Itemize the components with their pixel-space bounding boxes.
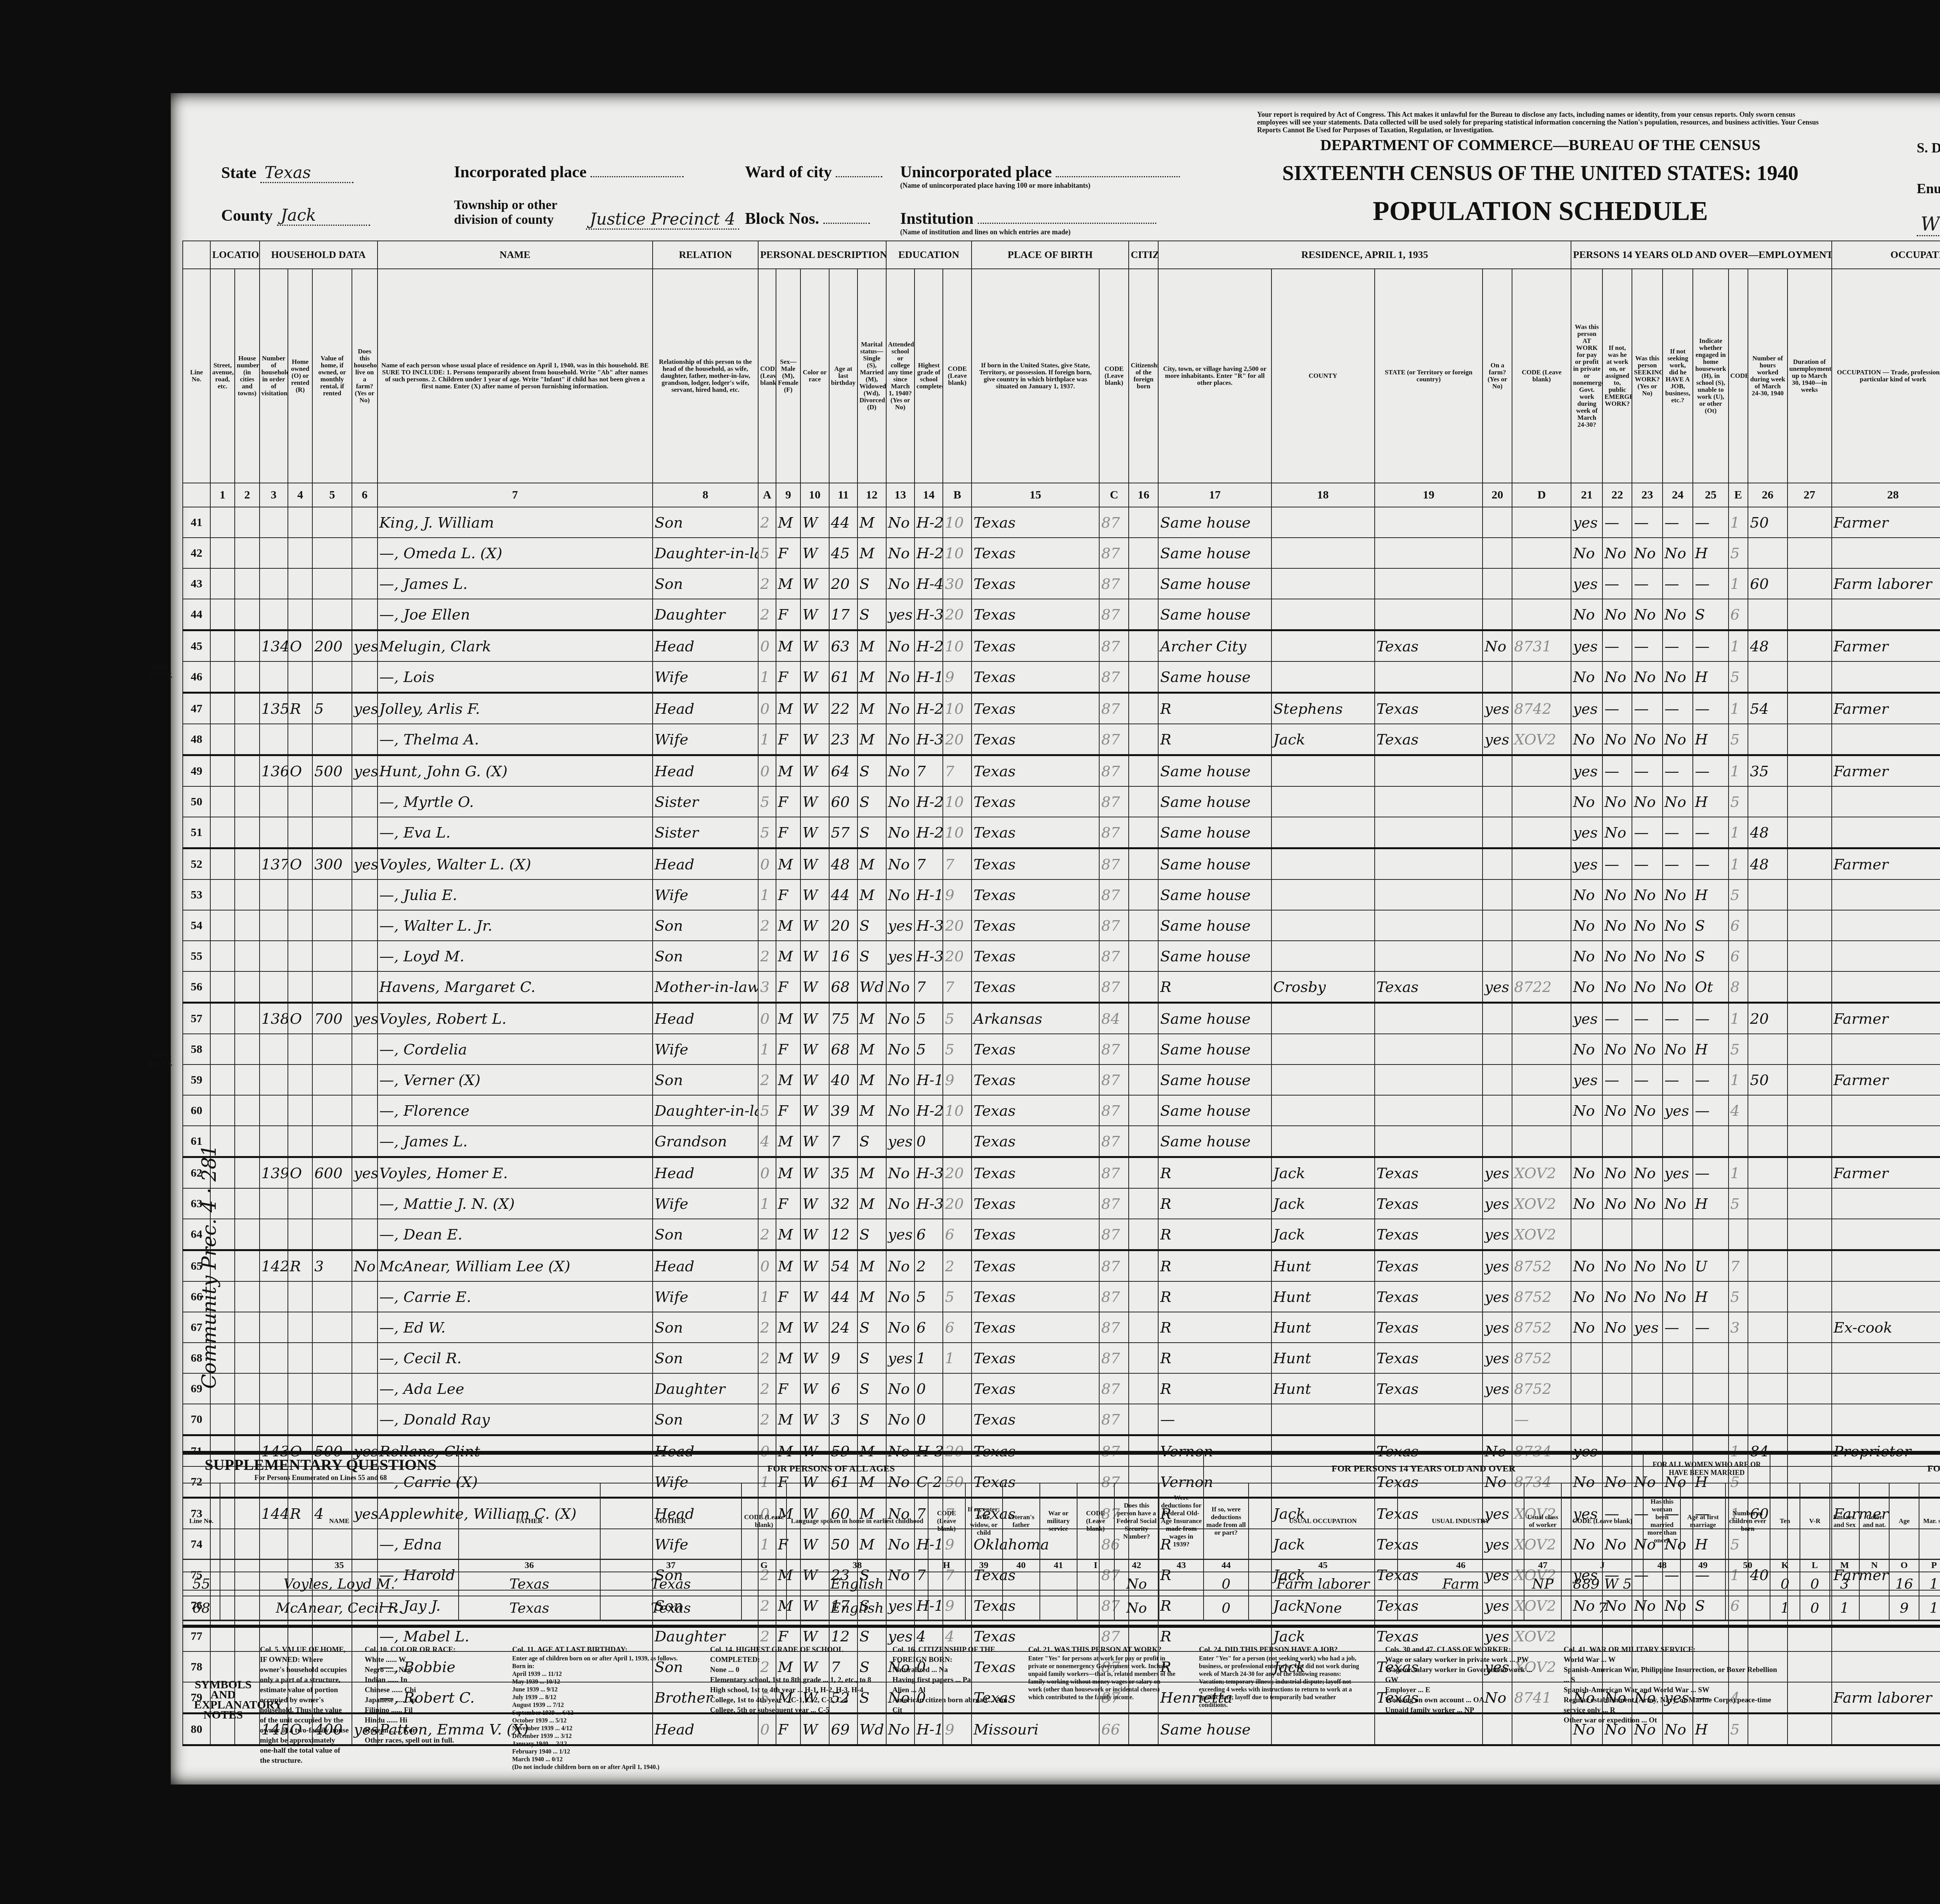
supp-column-header: CODE (Leave blank) <box>1561 1483 1643 1559</box>
cell-c23: — <box>1632 755 1663 787</box>
cell-mar: S <box>857 568 886 599</box>
group-relation: RELATION <box>653 241 758 269</box>
cell-sch: yes <box>886 1343 915 1373</box>
cell-mar: S <box>857 1343 886 1373</box>
column-header: CODE <box>1729 269 1748 483</box>
supp-cell <box>1725 1596 1770 1620</box>
cell-e: 1 <box>1729 755 1748 787</box>
cell-mar: S <box>857 1126 886 1157</box>
cell-res-farm <box>1483 1034 1512 1065</box>
supp-cell <box>965 1596 1003 1620</box>
cell-res-city: R <box>1158 1250 1271 1282</box>
cell-c23: No <box>1632 724 1663 755</box>
note-col5: Col. 5. VALUE OF HOME, IF OWNED: Where o… <box>260 1645 349 1766</box>
cell-sex: M <box>776 693 800 724</box>
cell-hh <box>260 724 288 755</box>
cell-c24 <box>1663 1343 1693 1373</box>
cell-birth: Texas <box>972 1373 1099 1404</box>
cell-c22: — <box>1602 755 1632 787</box>
cell-c: 87 <box>1099 941 1129 971</box>
cell-c22: No <box>1602 817 1632 848</box>
cell-cit <box>1129 1034 1158 1065</box>
cell-res-state: Texas <box>1375 1250 1483 1282</box>
supp-cell <box>1398 1596 1524 1620</box>
cell-c21: No <box>1571 661 1602 693</box>
cell-a: 5 <box>758 786 776 817</box>
cell-res-city: — <box>1158 1404 1271 1435</box>
cell-e: 1 <box>1729 693 1748 724</box>
cell-sex: M <box>776 1126 800 1157</box>
cell-age: 57 <box>829 817 857 848</box>
cell-res-city: R <box>1158 693 1271 724</box>
cell-c25: S <box>1693 910 1728 941</box>
cell-c24: No <box>1663 941 1693 971</box>
cell-res-county: Crosby <box>1271 971 1375 1003</box>
cell-c23: No <box>1632 1034 1663 1065</box>
cell-b: 2 <box>943 1250 971 1282</box>
supplementary-column-numbers: 353637G38H394041I424344454647J484950KLMN… <box>183 1559 1940 1572</box>
cell-e: 5 <box>1729 538 1748 568</box>
cell-a: 2 <box>758 910 776 941</box>
cell-grade: H-3 <box>915 1157 943 1189</box>
cell-sch: No <box>886 1250 915 1282</box>
cell-a: 1 <box>758 879 776 910</box>
cell-occ <box>1832 1250 1940 1282</box>
cell-c23: — <box>1632 817 1663 848</box>
cell-d <box>1512 910 1571 941</box>
cell-c: 87 <box>1099 1312 1129 1343</box>
column-number: 28 <box>1832 483 1940 507</box>
cell-cit <box>1129 910 1158 941</box>
cell-occ <box>1832 1126 1940 1157</box>
table-row: 47135R5yesJolley, Arlis F.Head0MW22MNoH-… <box>183 693 1940 724</box>
supp-cell: No <box>1114 1572 1159 1596</box>
cell-res-county: Hunt <box>1271 1373 1375 1404</box>
cell-c26 <box>1748 1250 1787 1282</box>
group-citizenship: CITIZENSHIP <box>1129 241 1158 269</box>
cell-rel: Son <box>653 1343 758 1373</box>
cell-res-farm <box>1483 507 1512 538</box>
cell-farm <box>352 661 378 693</box>
cell-age: 12 <box>829 1219 857 1250</box>
column-number: 13 <box>886 483 915 507</box>
cell-race: W <box>800 1404 829 1435</box>
cell-street <box>210 1095 235 1126</box>
cell-sex: F <box>776 1034 800 1065</box>
cell-c24: No <box>1663 971 1693 1003</box>
cell-val <box>312 1188 352 1219</box>
cell-sch: No <box>886 1281 915 1312</box>
cell-grade: 5 <box>915 1281 943 1312</box>
cell-c24: — <box>1663 755 1693 787</box>
cell-street <box>210 786 235 817</box>
cell-age: 44 <box>829 879 857 910</box>
cell-street <box>210 661 235 693</box>
note-item: Having first papers ... Pa <box>892 1675 1009 1685</box>
cell-val: 700 <box>312 1003 352 1034</box>
cell-sch: yes <box>886 941 915 971</box>
cell-own <box>288 786 312 817</box>
column-header: If born in the United States, give State… <box>972 269 1099 483</box>
cell-hh <box>260 817 288 848</box>
cell-c21: yes <box>1571 507 1602 538</box>
cell-c: 87 <box>1099 1219 1129 1250</box>
suppl-quest-label-68: SUPPL. QUEST. <box>147 1051 171 1068</box>
note-item: July 1939 ... 8/12 <box>512 1694 691 1701</box>
cell-sex: M <box>776 1065 800 1095</box>
cell-b: 10 <box>943 1095 971 1126</box>
cell-name: Voyles, Robert L. <box>378 1003 653 1034</box>
cell-street <box>210 879 235 910</box>
line-number: 55 <box>183 941 210 971</box>
cell-c24: No <box>1663 661 1693 693</box>
cell-c22 <box>1602 1404 1632 1435</box>
cell-cit <box>1129 971 1158 1003</box>
cell-c24: No <box>1663 1034 1693 1065</box>
cell-c: 87 <box>1099 507 1129 538</box>
cell-mar: S <box>857 1312 886 1343</box>
cell-house <box>235 879 259 910</box>
cell-c21: yes <box>1571 1065 1602 1095</box>
cell-occ: Ex-cook <box>1832 1312 1940 1343</box>
supp-column-header: V-R <box>1800 1483 1830 1559</box>
cell-c: 87 <box>1099 848 1129 880</box>
cell-occ <box>1832 1343 1940 1373</box>
cell-birth: Texas <box>972 538 1099 568</box>
cell-c22 <box>1602 1126 1632 1157</box>
cell-street <box>210 848 235 880</box>
cell-mar: M <box>857 507 886 538</box>
table-row: 58—, CordeliaWife1FW68MNo55Texas87Same h… <box>183 1034 1940 1065</box>
note-item: Working on own account ... OA <box>1385 1695 1540 1705</box>
cell-sch: yes <box>886 599 915 630</box>
cell-d: 8722 <box>1512 971 1571 1003</box>
cell-c21: yes <box>1571 1003 1602 1034</box>
cell-race: W <box>800 1157 829 1189</box>
cell-d: XOV2 <box>1512 1188 1571 1219</box>
cell-farm <box>352 1312 378 1343</box>
cell-res-farm <box>1483 910 1512 941</box>
supp-cell: Texas <box>600 1596 742 1620</box>
cell-e: 5 <box>1729 724 1748 755</box>
column-number: 16 <box>1129 483 1158 507</box>
line-number: 43 <box>183 568 210 599</box>
cell-c26 <box>1748 1281 1787 1312</box>
table-row: 41King, J. WilliamSon2MW44MNoH-210Texas8… <box>183 507 1940 538</box>
cell-name: McAnear, William Lee (X) <box>378 1250 653 1282</box>
cell-cit <box>1129 879 1158 910</box>
cell-c: 87 <box>1099 630 1129 662</box>
title-block: DEPARTMENT OF COMMERCE—BUREAU OF THE CEN… <box>1249 136 1831 227</box>
cell-rel: Head <box>653 630 758 662</box>
cell-res-farm <box>1483 1126 1512 1157</box>
cell-c27 <box>1788 879 1832 910</box>
cell-own <box>288 538 312 568</box>
cell-grade: H-4 <box>915 568 943 599</box>
census-sheet: 16-353 A Your report is required by Act … <box>171 93 1940 1785</box>
note-item: Japanese ...... Jp <box>365 1695 489 1705</box>
cell-c: 87 <box>1099 755 1129 787</box>
note-col30: Cols. 30 and 47. CLASS OF WORKER: Wage o… <box>1385 1645 1540 1715</box>
cell-occ <box>1832 1034 1940 1065</box>
cell-age: 3 <box>829 1404 857 1435</box>
table-row: 44—, Joe EllenDaughter2FW17SyesH-320Texa… <box>183 599 1940 630</box>
table-row: 46—, LoisWife1FW61MNoH-19Texas87Same hou… <box>183 661 1940 693</box>
cell-grade: 7 <box>915 971 943 1003</box>
cell-mar: Wd <box>857 971 886 1003</box>
cell-own <box>288 1404 312 1435</box>
supp-column-number: P <box>1919 1559 1940 1572</box>
cell-farm <box>352 568 378 599</box>
column-header: CODE (Leave blank) <box>943 269 971 483</box>
cell-a: 0 <box>758 1250 776 1282</box>
supp-column-header: Does this person have a Federal Social S… <box>1114 1483 1159 1559</box>
cell-res-city: Same house <box>1158 1034 1271 1065</box>
cell-occ: Farmer <box>1832 755 1940 787</box>
cell-sex: F <box>776 538 800 568</box>
cell-b: 6 <box>943 1312 971 1343</box>
cell-sch: No <box>886 971 915 1003</box>
supp-cell: 1 <box>1919 1596 1940 1620</box>
cell-c27 <box>1788 568 1832 599</box>
cell-c26 <box>1748 1219 1787 1250</box>
cell-birth: Texas <box>972 1250 1099 1282</box>
supp-cell: 0 <box>1204 1596 1248 1620</box>
cell-c: 87 <box>1099 1250 1129 1282</box>
supp-column-header: CODE (Leave blank) <box>1077 1483 1114 1559</box>
incorporated-place-field: Incorporated place <box>454 163 684 182</box>
cell-street <box>210 599 235 630</box>
cell-res-county: Jack <box>1271 1157 1375 1189</box>
cell-house <box>235 1065 259 1095</box>
cell-res-state: Texas <box>1375 724 1483 755</box>
cell-own <box>288 910 312 941</box>
cell-c21: No <box>1571 599 1602 630</box>
cell-birth: Texas <box>972 599 1099 630</box>
cell-house <box>235 1219 259 1250</box>
note-item: Elementary school, 1st to 8th grade ... … <box>710 1675 873 1685</box>
line-number: 59 <box>183 1065 210 1095</box>
cell-c25: — <box>1693 755 1728 787</box>
supp-column-number: 39 <box>965 1559 1003 1572</box>
supp-column-number: 38 <box>786 1559 928 1572</box>
cell-rel: Son <box>653 941 758 971</box>
cell-c24: No <box>1663 599 1693 630</box>
cell-own <box>288 507 312 538</box>
table-row: 49136O500yesHunt, John G. (X)Head0MW64SN… <box>183 755 1940 787</box>
note-item: Regular establishment (Army, Navy, or Ma… <box>1564 1695 1781 1715</box>
cell-grade: H-2 <box>915 786 943 817</box>
note-item: Korean ...... Kor <box>365 1726 489 1736</box>
cell-c22 <box>1602 1219 1632 1250</box>
cell-rel: Wife <box>653 661 758 693</box>
column-header: COUNTY <box>1271 269 1375 483</box>
cell-res-city: Same house <box>1158 507 1271 538</box>
supp-column-header: CODE (Leave blank) <box>741 1483 786 1559</box>
column-header: Sex—Male (M), Female (F) <box>776 269 800 483</box>
table-row: 66—, Carrie E.Wife1FW44MNo55Texas87RHunt… <box>183 1281 1940 1312</box>
unincorporated-field: Unincorporated place (Name of unincorpor… <box>900 163 1180 190</box>
column-header: Age at last birthday <box>829 269 857 483</box>
cell-c22: — <box>1602 630 1632 662</box>
cell-c27 <box>1788 910 1832 941</box>
cell-b: 7 <box>943 848 971 880</box>
cell-c: 87 <box>1099 724 1129 755</box>
cell-age: 44 <box>829 507 857 538</box>
cell-sex: F <box>776 879 800 910</box>
supp-column-header: Number of children ever born <box>1725 1483 1770 1559</box>
cell-b: 5 <box>943 1281 971 1312</box>
cell-occ <box>1832 941 1940 971</box>
cell-sch: No <box>886 1312 915 1343</box>
cell-mar: S <box>857 817 886 848</box>
supp-cell <box>741 1596 786 1620</box>
cell-c26: 60 <box>1748 568 1787 599</box>
note-item: Wage or salary worker in private work ..… <box>1385 1655 1540 1665</box>
supp-column-number: K <box>1770 1559 1800 1572</box>
cell-grade: H-3 <box>915 724 943 755</box>
cell-rel: Mother-in-law <box>653 971 758 1003</box>
column-number: 5 <box>312 483 352 507</box>
column-header: CODE (Leave blank) <box>1099 269 1129 483</box>
margin-annotation: Community Prec. 4 · 281 <box>198 1144 220 1389</box>
cell-res-city: R <box>1158 1157 1271 1189</box>
cell-sex: M <box>776 910 800 941</box>
supp-cell <box>1680 1596 1725 1620</box>
cell-hh <box>260 1373 288 1404</box>
column-header: Was this person AT WORK for pay or profi… <box>1571 269 1602 483</box>
cell-c25: H <box>1693 879 1728 910</box>
column-header: Does this household live on a farm? (Yes… <box>352 269 378 483</box>
cell-res-county <box>1271 507 1375 538</box>
cell-c22: No <box>1602 661 1632 693</box>
cell-street <box>210 724 235 755</box>
cell-res-state <box>1375 879 1483 910</box>
cell-c27 <box>1788 848 1832 880</box>
note-col16: Col. 16. CITIZENSHIP OF THE FOREIGN BORN… <box>892 1645 1009 1715</box>
cell-hh <box>260 786 288 817</box>
supp-column-number: 36 <box>459 1559 600 1572</box>
column-number: E <box>1729 483 1748 507</box>
cell-c23: No <box>1632 1281 1663 1312</box>
supp-column-header: CODE (Leave blank) <box>928 1483 965 1559</box>
cell-c24: No <box>1663 1250 1693 1282</box>
cell-hh <box>260 538 288 568</box>
supp-cell: 1 <box>1919 1572 1940 1596</box>
supp-column-header: Has this woman been married more than on… <box>1643 1483 1680 1559</box>
cell-cit <box>1129 1373 1158 1404</box>
cell-cit <box>1129 630 1158 662</box>
cell-res-state: Texas <box>1375 1373 1483 1404</box>
cell-race: W <box>800 1312 829 1343</box>
cell-res-state <box>1375 599 1483 630</box>
cell-hh <box>260 1065 288 1095</box>
cell-b: 10 <box>943 538 971 568</box>
cell-grade: 6 <box>915 1219 943 1250</box>
cell-res-farm: yes <box>1483 1343 1512 1373</box>
cell-hh <box>260 1219 288 1250</box>
supp-column-number: 45 <box>1249 1559 1398 1572</box>
supp-cell: Farm laborer <box>1249 1572 1398 1596</box>
cell-c21: yes <box>1571 817 1602 848</box>
cell-b: 20 <box>943 941 971 971</box>
table-row: 50—, Myrtle O.Sister5FW60SNoH-210Texas87… <box>183 786 1940 817</box>
cell-hh: 135 <box>260 693 288 724</box>
cell-c25 <box>1693 1343 1728 1373</box>
cell-c22: No <box>1602 971 1632 1003</box>
cell-race: W <box>800 786 829 817</box>
cell-c25: — <box>1693 848 1728 880</box>
cell-street <box>210 1003 235 1034</box>
supp-cell <box>1680 1572 1725 1596</box>
department-title: DEPARTMENT OF COMMERCE—BUREAU OF THE CEN… <box>1249 136 1831 154</box>
cell-c22: — <box>1602 693 1632 724</box>
supplementary-questions: SUPPLEMENTARY QUESTIONS For Persons Enum… <box>182 1451 1940 1628</box>
cell-c22: No <box>1602 1250 1632 1282</box>
supp-line-number: 55 <box>183 1572 220 1596</box>
cell-occ <box>1832 599 1940 630</box>
cell-grade: H-2 <box>915 507 943 538</box>
cell-own <box>288 1188 312 1219</box>
cell-c22: No <box>1602 724 1632 755</box>
cell-birth: Texas <box>972 1312 1099 1343</box>
cell-age: 40 <box>829 1065 857 1095</box>
cell-res-city: Same house <box>1158 817 1271 848</box>
cell-own <box>288 1034 312 1065</box>
cell-d: — <box>1512 1404 1571 1435</box>
cell-race: W <box>800 1126 829 1157</box>
cell-name: —, Carrie E. <box>378 1281 653 1312</box>
column-number: 17 <box>1158 483 1271 507</box>
column-header: Attended school or college any time sinc… <box>886 269 915 483</box>
cell-mar: M <box>857 1188 886 1219</box>
cell-c21: No <box>1571 1034 1602 1065</box>
cell-c26 <box>1748 941 1787 971</box>
cell-sch: No <box>886 1034 915 1065</box>
cell-sch: No <box>886 1404 915 1435</box>
cell-birth: Texas <box>972 630 1099 662</box>
supp-cell <box>1003 1596 1040 1620</box>
cell-race: W <box>800 1343 829 1373</box>
cell-occ <box>1832 910 1940 941</box>
cell-c24: — <box>1663 1312 1693 1343</box>
cell-house <box>235 1312 259 1343</box>
cell-farm <box>352 1404 378 1435</box>
cell-farm <box>352 1343 378 1373</box>
cell-c: 87 <box>1099 1095 1129 1126</box>
supp-cell <box>965 1572 1003 1596</box>
cell-race: W <box>800 1373 829 1404</box>
cell-c27 <box>1788 1281 1832 1312</box>
note-item: Spanish-American War and World War ... S… <box>1564 1685 1781 1695</box>
cell-farm <box>352 1188 378 1219</box>
cell-grade: 0 <box>915 1126 943 1157</box>
cell-d <box>1512 1003 1571 1034</box>
supp-column-header: MOTHER <box>600 1483 742 1559</box>
cell-res-county <box>1271 1404 1375 1435</box>
cell-sch: yes <box>886 910 915 941</box>
cell-grade: H-2 <box>915 1095 943 1126</box>
cell-age: 16 <box>829 941 857 971</box>
cell-birth: Texas <box>972 693 1099 724</box>
line-number: 49 <box>183 755 210 787</box>
cell-res-farm: yes <box>1483 1281 1512 1312</box>
cell-res-farm <box>1483 599 1512 630</box>
cell-a: 3 <box>758 971 776 1003</box>
cell-sch: No <box>886 848 915 880</box>
cell-val <box>312 507 352 538</box>
cell-e: 5 <box>1729 1188 1748 1219</box>
